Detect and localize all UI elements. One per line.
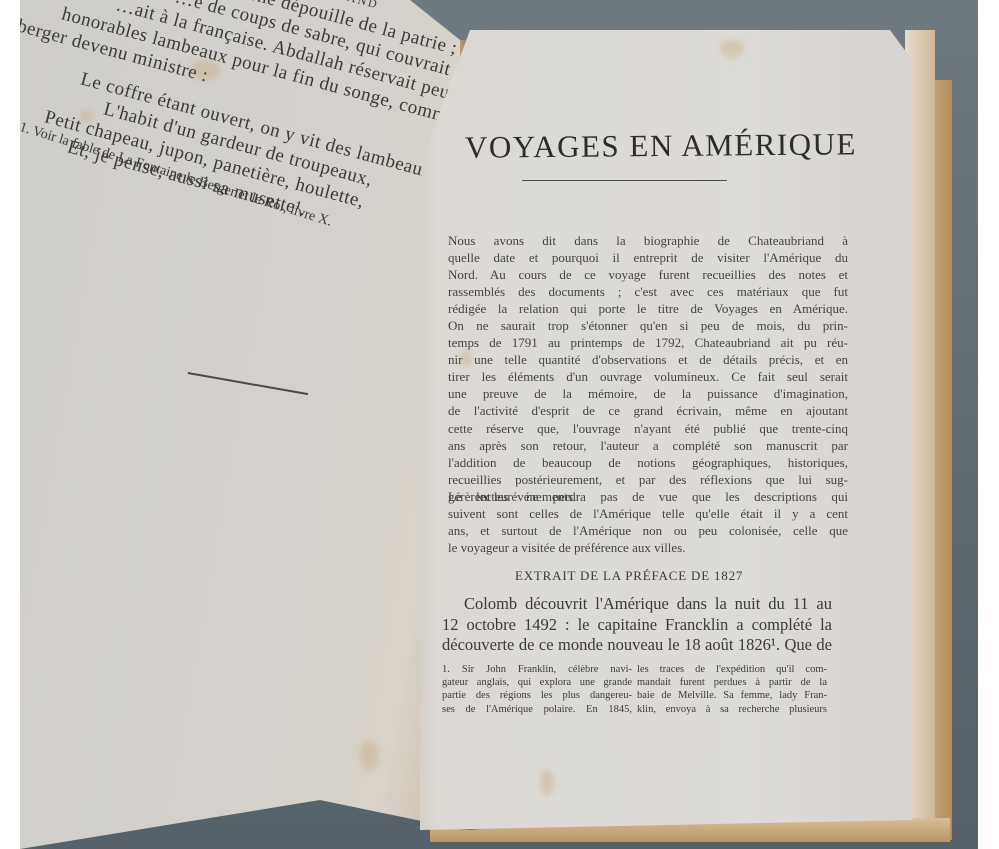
book-photo: …AUBRIAND …ne dépouille de la patrie ; c… (20, 0, 978, 849)
footnote-line: 1. Sir John Franklin, célèbre navi- (442, 663, 632, 676)
text-line: quelle date et pourquoi il entreprit de … (448, 249, 848, 266)
text-line: Nous avons dit dans la biographie de Cha… (448, 232, 848, 249)
text-line: rédigée la relation qui porte le titre d… (448, 300, 848, 317)
footnote-line: mandait furent perdues à partir de la (637, 676, 827, 689)
footnote-line: klin, envoya à sa recherche plusieurs (637, 703, 827, 716)
text-line: cette réserve que, l'ouvrage n'ayant été… (448, 420, 848, 437)
text-line: ans, et surtout de l'Amérique non ou peu… (448, 522, 848, 539)
text-line: le voyageur a visitée de préférence aux … (448, 539, 848, 556)
text-line: tirer les éléments d'un ouvrage volumine… (448, 368, 848, 385)
paragraph-reader-note: Le lecteur ne perdra pas de vue que les … (448, 488, 848, 556)
footnote-line: ses de l'Amérique polaire. En 1845, (442, 703, 632, 716)
text-line: Nord. Au cours de ce voyage furent recue… (448, 266, 848, 283)
text-line: recueillies postérieurement, et par des … (448, 471, 848, 488)
title-rule (522, 180, 727, 181)
text-line: ans après son retour, l'auteur a complét… (448, 437, 848, 454)
footnote-column-1: 1. Sir John Franklin, célèbre navi- gate… (442, 663, 632, 716)
preface-text: Colomb découvrit l'Amérique dans la nuit… (442, 594, 832, 656)
text-line: Le lecteur ne perdra pas de vue que les … (448, 488, 848, 505)
section-heading: EXTRAIT DE LA PRÉFACE DE 1827 (515, 568, 743, 584)
text-line: nir une telle quantité d'observations et… (448, 351, 848, 368)
paragraph-intro: Nous avons dit dans la biographie de Cha… (448, 232, 848, 317)
text-line: suivent sont celles de l'Amérique telle … (448, 505, 848, 522)
footnote-line: baie de Melville. Sa femme, lady Fran- (637, 689, 827, 702)
text-line: temps de 1791 au printemps de 1792, Chat… (448, 334, 848, 351)
footnote-line: les traces de l'expédition qu'il com- (637, 663, 827, 676)
text-line: On ne saurait trop s'étonner qu'en si pe… (448, 317, 848, 334)
right-page-content: VOYAGES EN AMÉRIQUE Nous avons dit dans … (20, 0, 978, 849)
footnote-column-2: les traces de l'expédition qu'il com- ma… (637, 663, 827, 716)
text-line: découverte de ce monde nouveau le 18 aoû… (442, 635, 832, 656)
page-title: VOYAGES EN AMÉRIQUE (465, 126, 857, 165)
text-line: une preuve de la mémoire, de la puissanc… (448, 385, 848, 402)
text-line: de l'activité d'esprit de ce grand écriv… (448, 402, 848, 419)
text-line: rassemblés des documents ; c'est avec ce… (448, 283, 848, 300)
text-line: Colomb découvrit l'Amérique dans la nuit… (442, 594, 832, 615)
paragraph-body: On ne saurait trop s'étonner qu'en si pe… (448, 317, 848, 505)
footnote-line: gateur anglais, qui explora une grande (442, 676, 632, 689)
text-line: 12 octobre 1492 : le capitaine Francklin… (442, 615, 832, 636)
footnote-line: partie des régions les plus dangereu- (442, 689, 632, 702)
text-line: l'addition de beaucoup de notions géogra… (448, 454, 848, 471)
